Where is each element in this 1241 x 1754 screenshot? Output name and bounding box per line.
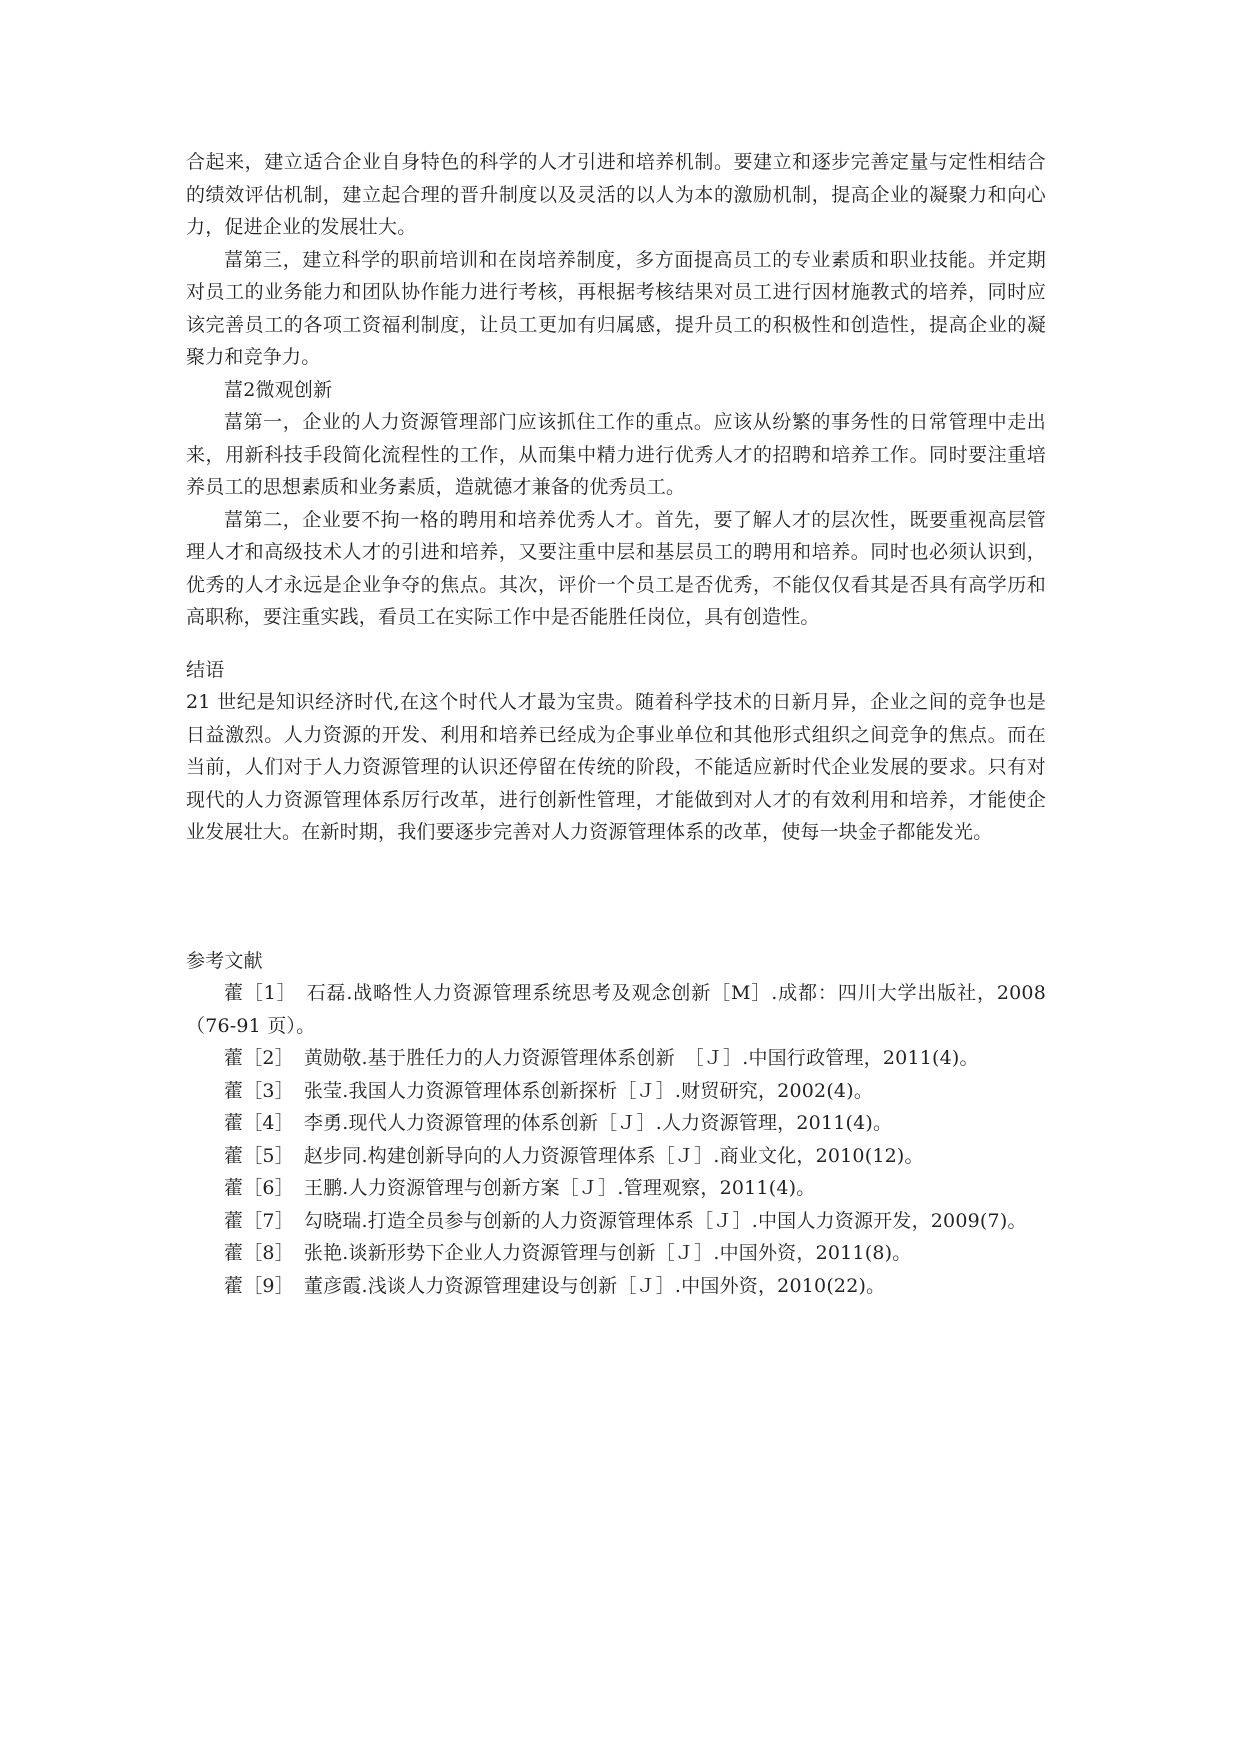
reference-number: 藿［1］ xyxy=(224,982,297,1004)
reference-item: 藿［5］赵步同.构建创新导向的人力资源管理体系［Ｊ］.商业文化，2010(12)… xyxy=(186,1140,1046,1173)
body-paragraph: 葍第三，建立科学的职前培训和在岗培养制度，多方面提高员工的专业素质和职业技能。并… xyxy=(186,244,1046,374)
reference-text: 董彦霞.浅谈人力资源管理建设与创新［Ｊ］.中国外资，2010(22)。 xyxy=(304,1275,885,1297)
reference-text: 张莹.我国人力资源管理体系创新探析［Ｊ］.财贸研究，2002(4)。 xyxy=(304,1080,873,1102)
reference-text: 张艳.谈新形势下企业人力资源管理与创新［Ｊ］.中国外资，2011(8)。 xyxy=(304,1242,912,1264)
reference-item: 藿［4］李勇.现代人力资源管理的体系创新［Ｊ］.人力资源管理，2011(4)。 xyxy=(186,1107,1046,1140)
reference-item: 藿［2］黄勋敬.基于胜任力的人力资源管理体系创新 ［Ｊ］.中国行政管理，2011… xyxy=(186,1042,1046,1075)
reference-text: 李勇.现代人力资源管理的体系创新［Ｊ］.人力资源管理，2011(4)。 xyxy=(304,1112,892,1134)
reference-number: 藿［3］ xyxy=(224,1080,294,1102)
spacer xyxy=(186,634,1046,654)
section-subheading: 葍2微观创新 xyxy=(186,374,1046,407)
spacer xyxy=(186,849,1046,945)
reference-number: 藿［8］ xyxy=(224,1242,294,1264)
reference-number: 藿［6］ xyxy=(224,1177,294,1199)
body-paragraph: 葍第二，企业要不拘一格的聘用和培养优秀人才。首先，要了解人才的层次性，既要重视高… xyxy=(186,504,1046,634)
reference-number: 藿［9］ xyxy=(224,1275,294,1297)
reference-text: 王鹏.人力资源管理与创新方案［Ｊ］.管理观察，2011(4)。 xyxy=(304,1177,816,1199)
reference-item: 藿［3］张莹.我国人力资源管理体系创新探析［Ｊ］.财贸研究，2002(4)。 xyxy=(186,1075,1046,1108)
document-page: 合起来，建立适合企业自身特色的科学的人才引进和培养机制。要建立和逐步完善定量与定… xyxy=(186,146,1046,1302)
reference-text: 赵步同.构建创新导向的人力资源管理体系［Ｊ］.商业文化，2010(12)。 xyxy=(304,1145,924,1167)
body-paragraph: 合起来，建立适合企业自身特色的科学的人才引进和培养机制。要建立和逐步完善定量与定… xyxy=(186,146,1046,244)
reference-number: 藿［7］ xyxy=(224,1210,294,1232)
reference-number: 藿［5］ xyxy=(224,1145,294,1167)
body-paragraph: 葍第一，企业的人力资源管理部门应该抓住工作的重点。应该从纷繁的事务性的日常管理中… xyxy=(186,406,1046,504)
reference-item: 藿［7］勾晓瑞.打造全员参与创新的人力资源管理体系［Ｊ］.中国人力资源开发，20… xyxy=(186,1205,1046,1238)
reference-item: 藿［1］石磊.战略性人力资源管理系统思考及观念创新［M］.成都：四川大学出版社，… xyxy=(186,977,1046,1042)
reference-item: 藿［8］张艳.谈新形势下企业人力资源管理与创新［Ｊ］.中国外资，2011(8)。 xyxy=(186,1237,1046,1270)
reference-text: 勾晓瑞.打造全员参与创新的人力资源管理体系［Ｊ］.中国人力资源开发，2009(7… xyxy=(304,1210,1027,1232)
reference-item: 藿［6］王鹏.人力资源管理与创新方案［Ｊ］.管理观察，2011(4)。 xyxy=(186,1172,1046,1205)
conclusion-heading: 结语 xyxy=(186,654,1046,687)
conclusion-paragraph: 21 世纪是知识经济时代,在这个时代人才最为宝贵。随着科学技术的日新月异，企业之… xyxy=(186,686,1046,849)
reference-number: 藿［2］ xyxy=(224,1047,294,1069)
reference-text: 石磊.战略性人力资源管理系统思考及观念创新［M］.成都：四川大学出版社，2008… xyxy=(186,982,1046,1037)
reference-number: 藿［4］ xyxy=(224,1112,294,1134)
reference-item: 藿［9］董彦霞.浅谈人力资源管理建设与创新［Ｊ］.中国外资，2010(22)。 xyxy=(186,1270,1046,1303)
references-heading: 参考文献 xyxy=(186,945,1046,978)
reference-text: 黄勋敬.基于胜任力的人力资源管理体系创新 ［Ｊ］.中国行政管理，2011(4)。 xyxy=(304,1047,979,1069)
